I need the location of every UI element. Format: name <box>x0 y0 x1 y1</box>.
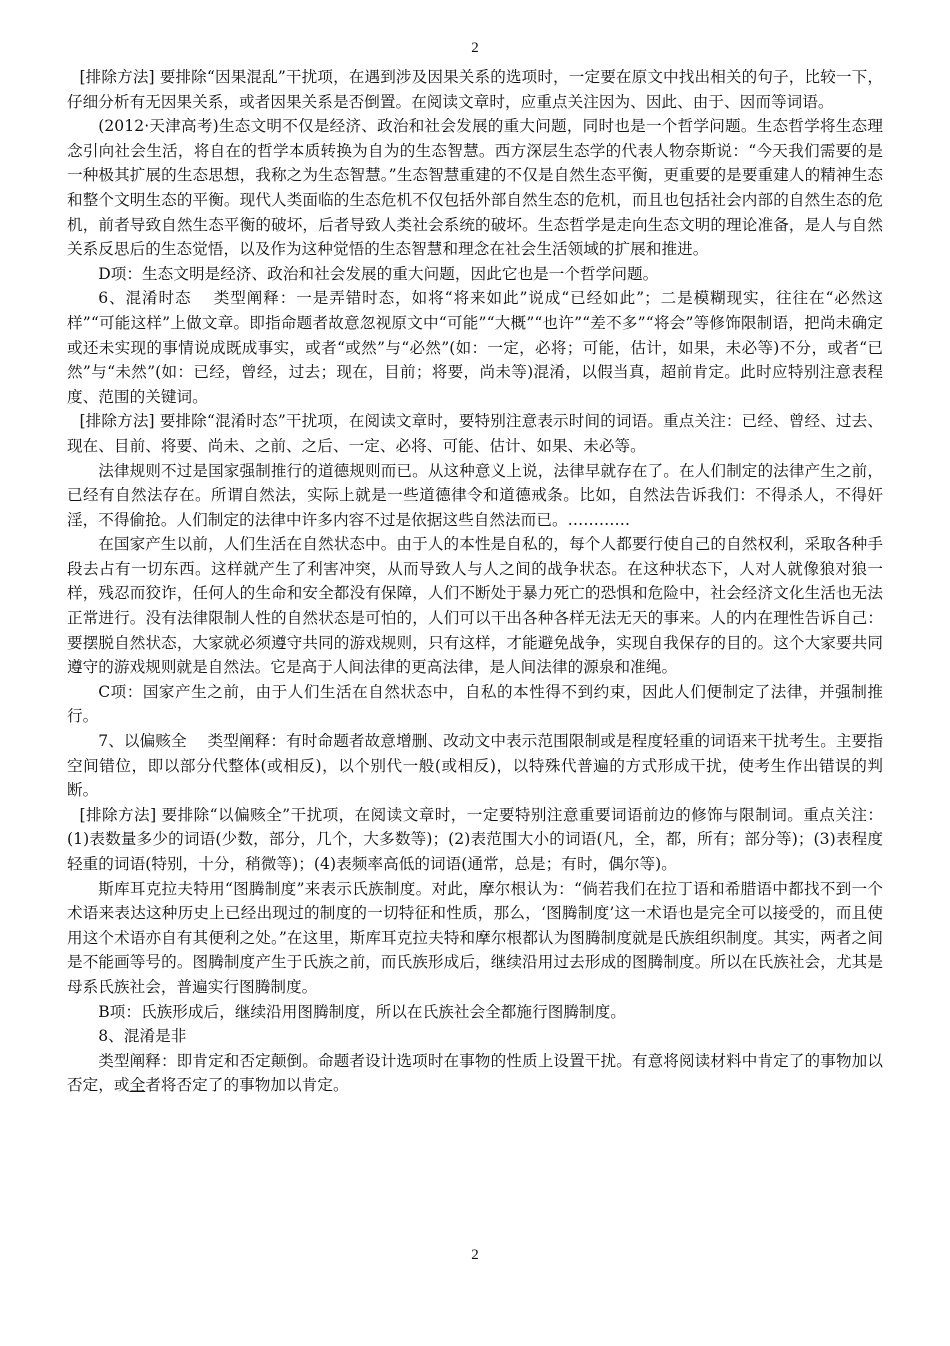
page-number-top: 2 <box>0 40 950 57</box>
paragraph-option-d: D项：生态文明是经济、政治和社会发展的重大问题，因此它也是一个哲学问题。 <box>67 262 883 287</box>
paragraph-passage-totem: 斯库耳克拉夫特用“图腾制度”来表示氏族制度。对此，摩尔根认为：“倘若我们在拉丁语… <box>67 877 883 1000</box>
paragraph-type-7-partial: 7、以偏赅全 类型阐释：有时命题者故意增删、改动文中表示范围限制或是程度轻重的词… <box>67 729 883 803</box>
paragraph-option-b: B项：氏族形成后，继续沿用图腾制度，所以在氏族社会全都施行图腾制度。 <box>67 1000 883 1025</box>
paragraph-type-8-heading: 8、混淆是非 <box>67 1024 883 1049</box>
text-segment: 者将否定了的事物加以肯定。 <box>145 1076 348 1094</box>
underlined-char: 全 <box>130 1076 146 1094</box>
paragraph-option-c: C项：国家产生之前，由于人们生活在自然状态中，自私的本性得不到约束，因此人们便制… <box>67 680 883 729</box>
paragraph-exclusion-method-causal: [排除方法] 要排除“因果混乱”干扰项，在遇到涉及因果关系的选项时，一定要在原文… <box>67 65 883 114</box>
paragraph-passage-ecology: (2012·天津高考)生态文明不仅是经济、政治和社会发展的重大问题，同时也是一个… <box>67 114 883 262</box>
paragraph-exclusion-method-tense: [排除方法] 要排除“混淆时态”干扰项，在阅读文章时，要特别注意表示时间的词语。… <box>67 409 883 458</box>
paragraph-type-6-tense: 6、混淆时态 类型阐释：一是弄错时态，如将“将来如此”说成“已经如此”；二是模糊… <box>67 286 883 409</box>
paragraph-passage-law-1: 法律规则不过是国家强制推行的道德规则而已。从这种意义上说，法律早就存在了。在人们… <box>67 459 883 533</box>
paragraph-exclusion-method-partial: [排除方法] 要排除“以偏赅全”干扰项，在阅读文章时，一定要特别注意重要词语前边… <box>67 803 883 877</box>
page-number-bottom: 2 <box>0 1247 950 1264</box>
document-body: [排除方法] 要排除“因果混乱”干扰项，在遇到涉及因果关系的选项时，一定要在原文… <box>67 65 883 1098</box>
paragraph-passage-law-2: 在国家产生以前，人们生活在自然状态中。由于人的本性是自私的，每个人都要行使自己的… <box>67 532 883 680</box>
paragraph-type-8-explanation: 类型阐释：即肯定和否定颠倒。命题者设计选项时在事物的性质上设置干扰。有意将阅读材… <box>67 1049 883 1098</box>
